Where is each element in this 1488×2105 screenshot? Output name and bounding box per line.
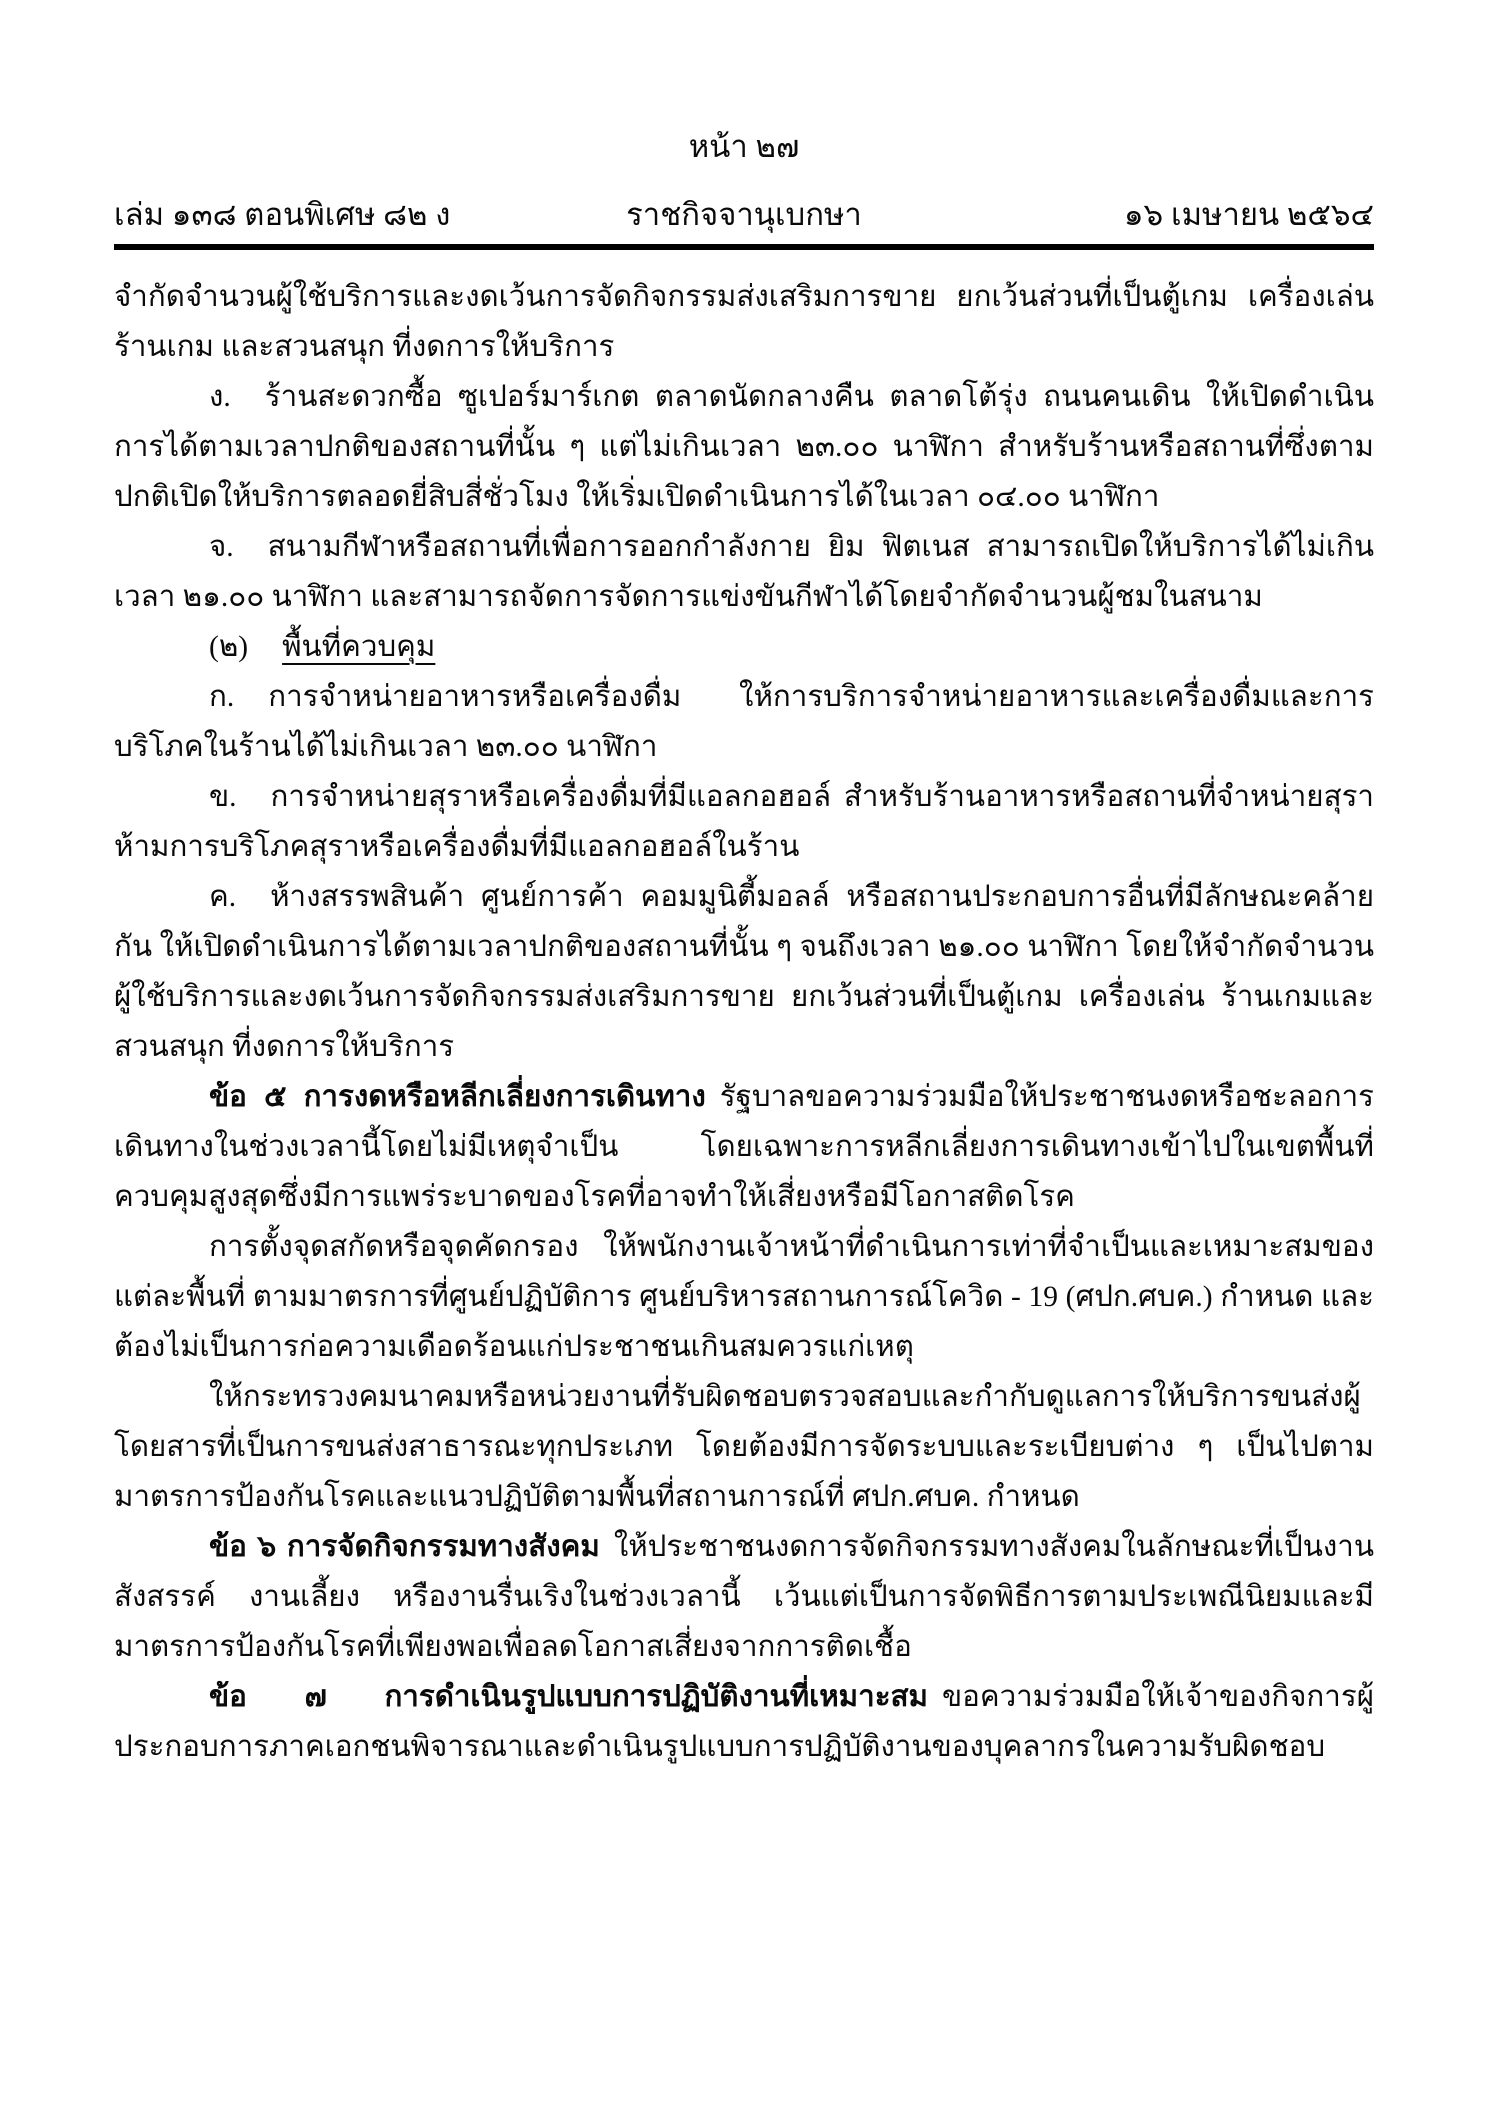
paragraph-text: ให้กระทรวงคมนาคมหรือหน่วยงานที่รับผิดชอบ… — [114, 1381, 1374, 1513]
paragraph-text: การตั้งจุดสกัดหรือจุดคัดกรอง ให้พนักงานเ… — [114, 1231, 1374, 1363]
clause-7: ข้อ ๗ การดำเนินรูปแบบการปฏิบัติงานที่เหม… — [114, 1672, 1374, 1772]
item-text: ห้างสรรพสินค้า ศูนย์การค้า คอมมูนิตี้มอล… — [114, 881, 1374, 1063]
paragraph-text: จำกัดจำนวนผู้ใช้บริการและงดเว้นการจัดกิจ… — [114, 281, 1374, 363]
list-item-khoo: ค.ห้างสรรพสินค้า ศูนย์การค้า คอมมูนิตี้ม… — [114, 872, 1374, 1072]
section-2-heading: (๒)พื้นที่ควบคุม — [114, 622, 1374, 672]
list-item-ko: ก.การจำหน่ายอาหารหรือเครื่องดื่ม ให้การบ… — [114, 672, 1374, 772]
volume-issue: เล่ม ๑๓๘ ตอนพิเศษ ๘๒ ง — [114, 194, 596, 236]
item-label: ก. — [209, 681, 268, 713]
document-body: จำกัดจำนวนผู้ใช้บริการและงดเว้นการจัดกิจ… — [114, 272, 1374, 1772]
paragraph-checkpoints: การตั้งจุดสกัดหรือจุดคัดกรอง ให้พนักงานเ… — [114, 1222, 1374, 1372]
gazette-title: ราชกิจจานุเบกษา — [596, 194, 892, 236]
list-item-ngo: ง.ร้านสะดวกซื้อ ซูเปอร์มาร์เกต ตลาดนัดกล… — [114, 372, 1374, 522]
item-text: การจำหน่ายอาหารหรือเครื่องดื่ม ให้การบริ… — [114, 681, 1374, 763]
clause-6: ข้อ ๖ การจัดกิจกรรมทางสังคมให้ประชาชนงดก… — [114, 1522, 1374, 1672]
clause-5-heading: ข้อ ๕ การงดหรือหลีกเลี่ยงการเดินทาง — [209, 1081, 706, 1113]
item-label: จ. — [209, 531, 268, 563]
item-label: (๒) — [209, 631, 282, 663]
clause-5: ข้อ ๕ การงดหรือหลีกเลี่ยงการเดินทางรัฐบา… — [114, 1072, 1374, 1222]
clause-6-heading: ข้อ ๖ การจัดกิจกรรมทางสังคม — [209, 1531, 600, 1563]
issue-date: ๑๖ เมษายน ๒๕๖๔ — [892, 194, 1374, 236]
item-text: ร้านสะดวกซื้อ ซูเปอร์มาร์เกต ตลาดนัดกลาง… — [114, 381, 1374, 513]
item-text: การจำหน่ายสุราหรือเครื่องดื่มที่มีแอลกอฮ… — [114, 781, 1374, 863]
item-label: ค. — [209, 881, 270, 913]
item-label: ง. — [209, 381, 265, 413]
item-text: สนามกีฬาหรือสถานที่เพื่อการออกกำลังกาย ย… — [114, 531, 1374, 613]
masthead: เล่ม ๑๓๘ ตอนพิเศษ ๘๒ ง ราชกิจจานุเบกษา ๑… — [114, 194, 1374, 236]
paragraph-transport: ให้กระทรวงคมนาคมหรือหน่วยงานที่รับผิดชอบ… — [114, 1372, 1374, 1522]
list-item-kho: ข.การจำหน่ายสุราหรือเครื่องดื่มที่มีแอลก… — [114, 772, 1374, 872]
gazette-page: หน้า ๒๗ เล่ม ๑๓๘ ตอนพิเศษ ๘๒ ง ราชกิจจาน… — [0, 0, 1488, 2105]
paragraph-continuation: จำกัดจำนวนผู้ใช้บริการและงดเว้นการจัดกิจ… — [114, 272, 1374, 372]
page-number: หน้า ๒๗ — [114, 126, 1374, 168]
clause-7-heading: ข้อ ๗ การดำเนินรูปแบบการปฏิบัติงานที่เหม… — [209, 1681, 928, 1713]
section-2-title: พื้นที่ควบคุม — [282, 631, 435, 663]
item-label: ข. — [209, 781, 271, 813]
header-rule — [114, 244, 1374, 250]
list-item-cho: จ.สนามกีฬาหรือสถานที่เพื่อการออกกำลังกาย… — [114, 522, 1374, 622]
